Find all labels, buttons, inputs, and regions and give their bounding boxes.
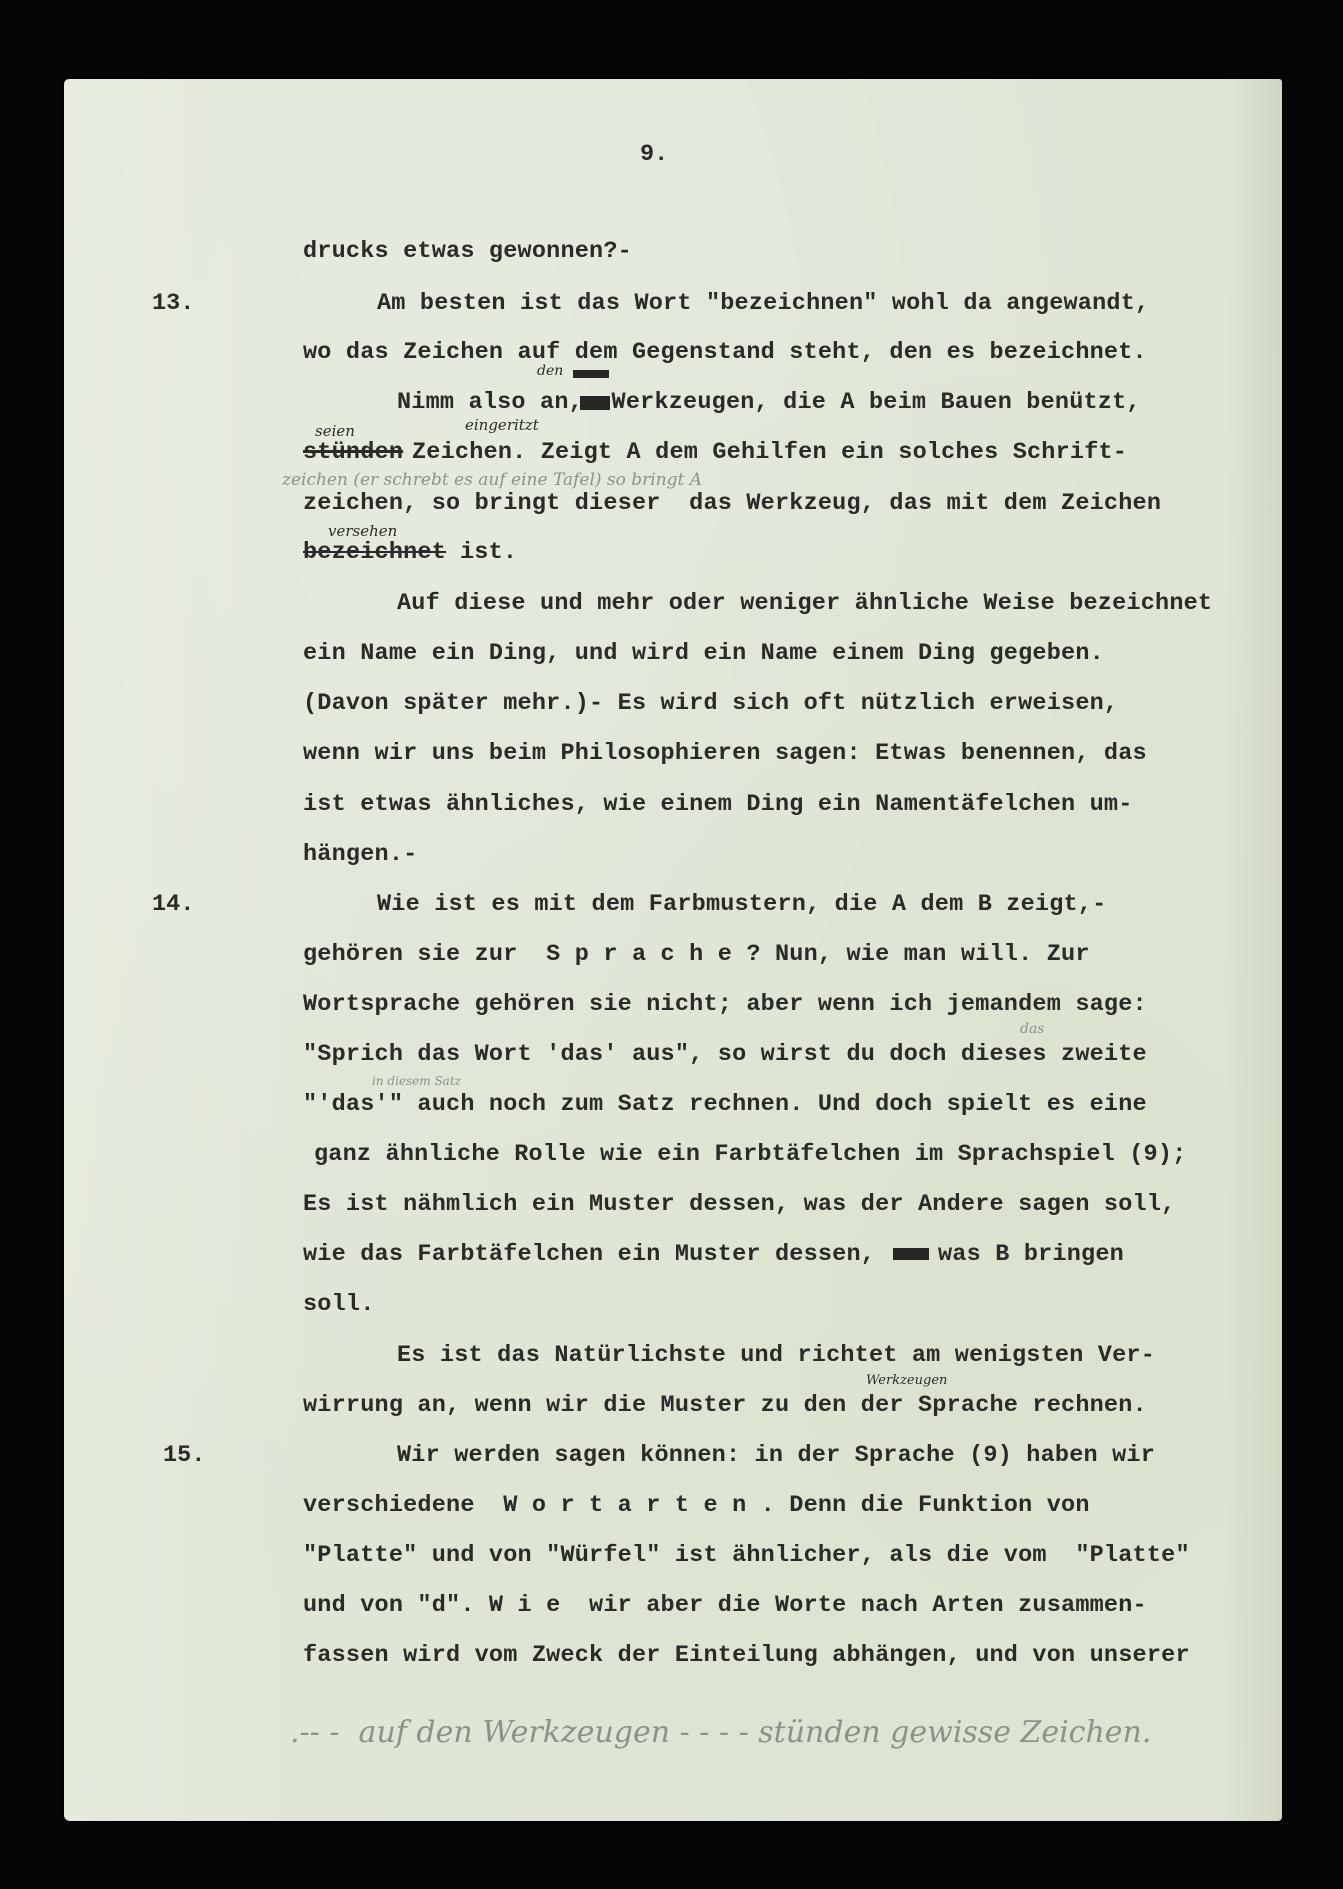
text-line: wo das Zeichen auf dem Gegenstand steht,… [303, 341, 1147, 365]
section-number-15: 15. [163, 1444, 205, 1468]
text-line: "Sprich das Wort 'das' aus", so wirst du… [303, 1043, 1147, 1067]
section-number-13: 13. [152, 292, 194, 316]
ink-annotation-eingeritzt: eingeritzt [465, 418, 539, 433]
text-line: "Platte" und von "Würfel" ist ähnlicher,… [303, 1544, 1190, 1568]
ink-annotation-den: den [537, 364, 563, 378]
text-line: Nimm also an, Werkzeugen, die A beim Bau… [397, 391, 1141, 415]
text-line: wirrung an, wenn wir die Muster zu den d… [303, 1394, 1147, 1418]
ink-annotation-seien: seien [315, 424, 355, 439]
pencil-annotation-in-diesem-satz: in diesem Satz [372, 1075, 461, 1087]
text-line: wie das Farbtäfelchen ein Muster dessen, [303, 1243, 875, 1267]
page-number: 9. [640, 143, 668, 167]
redaction-mark [580, 396, 610, 410]
pencil-annotation-insert: zeichen (er schrebt es auf eine Tafel) s… [282, 472, 702, 489]
redaction-mark [893, 1248, 929, 1260]
ink-annotation-werkzeugen: Werkzeugen [866, 1374, 947, 1387]
text-line: gehören sie zur S p r a c h e ? Nun, wie… [303, 943, 1090, 967]
text-line: wenn wir uns beim Philosophieren sagen: … [303, 742, 1147, 766]
text-line: zeichen, so bringt dieser das Werkzeug, … [303, 492, 1161, 516]
text-line: Wie ist es mit dem Farbmustern, die A de… [377, 893, 1106, 917]
text-line: Wortsprache gehören sie nicht; aber wenn… [303, 993, 1147, 1017]
text-line: und von "d". W i e wir aber die Worte na… [303, 1594, 1147, 1618]
text-line: verschiedene W o r t a r t e n . Denn di… [303, 1494, 1090, 1518]
text-line: Zeichen. Zeigt A dem Gehilfen ein solche… [412, 441, 1127, 465]
struck-word: bezeichnet [303, 541, 446, 565]
text-line: soll. [303, 1293, 375, 1317]
text-line: was B bringen [938, 1243, 1124, 1267]
text-line: fassen wird vom Zweck der Einteilung abh… [303, 1644, 1190, 1668]
text-line: ist. [460, 541, 517, 565]
text-line: Es ist nähmlich ein Muster dessen, was d… [303, 1193, 1175, 1217]
text-line: ist etwas ähnliches, wie einem Ding ein … [303, 793, 1133, 817]
ink-annotation-versehen: versehen [328, 524, 397, 539]
pencil-annotation-das: das [1020, 1022, 1045, 1036]
text-line: Wir werden sagen können: in der Sprache … [397, 1444, 1155, 1468]
section-number-14: 14. [152, 893, 194, 917]
text-line: ganz ähnliche Rolle wie ein Farbtäfelche… [314, 1143, 1186, 1167]
text-line: Es ist das Natürlichste und richtet am w… [397, 1344, 1155, 1368]
text-line: Am besten ist das Wort "bezeichnen" wohl… [377, 292, 1149, 316]
text-line: "'das'" auch noch zum Satz rechnen. Und … [303, 1093, 1147, 1117]
text-line: Auf diese und mehr oder weniger ähnliche… [397, 592, 1212, 616]
text-line: ein Name ein Ding, und wird ein Name ein… [303, 642, 1104, 666]
text-line: hängen.- [303, 843, 417, 867]
redaction-mark [573, 370, 609, 378]
struck-word: stünden [303, 441, 403, 465]
pencil-annotation-footer: .-- - auf den Werkzeugen - - - - stünden… [290, 1718, 1151, 1748]
text-line: drucks etwas gewonnen?- [303, 240, 632, 264]
text-line: (Davon später mehr.)- Es wird sich oft n… [303, 692, 1118, 716]
